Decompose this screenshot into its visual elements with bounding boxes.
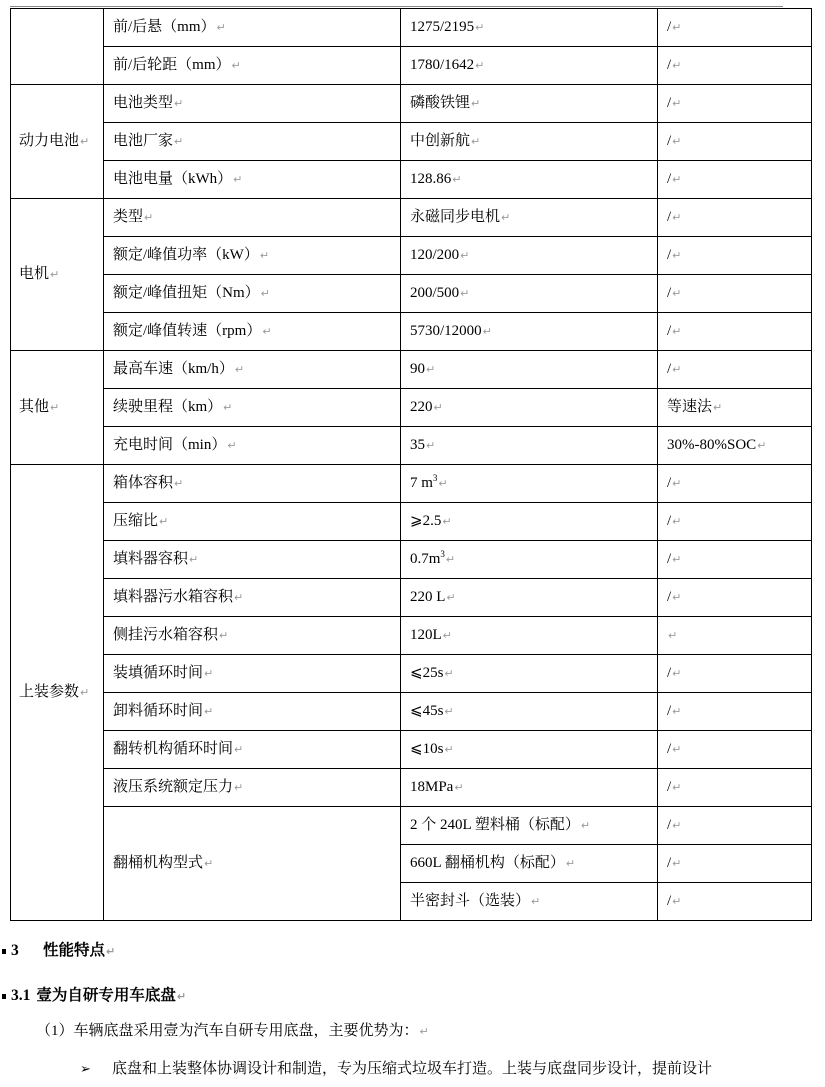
note-cell: /↵ bbox=[658, 275, 812, 313]
return-mark-icon: ↵ bbox=[672, 135, 681, 148]
value-cell: 90↵ bbox=[401, 351, 658, 389]
return-mark-icon: ↵ bbox=[434, 401, 443, 414]
return-mark-icon: ↵ bbox=[233, 173, 242, 186]
return-mark-icon: ↵ bbox=[235, 363, 244, 376]
value-cell-text: 120L bbox=[410, 627, 442, 643]
param-cell-text: 装填循环时间 bbox=[113, 665, 203, 681]
heading-number: 3.1 bbox=[11, 987, 30, 1004]
return-mark-icon: ↵ bbox=[442, 515, 451, 528]
return-mark-icon: ↵ bbox=[446, 591, 455, 604]
note-cell: /↵ bbox=[658, 503, 812, 541]
value-cell: 磷酸铁锂↵ bbox=[401, 85, 658, 123]
return-mark-icon: ↵ bbox=[471, 135, 480, 148]
return-mark-icon: ↵ bbox=[672, 553, 681, 566]
note-cell: /↵ bbox=[658, 47, 812, 85]
return-mark-icon: ↵ bbox=[452, 173, 461, 186]
table-row: 续驶里程（km）↵220↵等速法↵ bbox=[11, 389, 812, 427]
return-mark-icon: ↵ bbox=[672, 287, 681, 300]
param-cell: 侧挂污水箱容积↵ bbox=[104, 617, 401, 655]
note-cell-text: / bbox=[667, 285, 671, 301]
return-mark-icon: ↵ bbox=[234, 591, 243, 604]
return-mark-icon: ↵ bbox=[757, 439, 766, 452]
return-mark-icon: ↵ bbox=[227, 439, 236, 452]
param-cell-text: 箱体容积 bbox=[113, 475, 173, 491]
return-mark-icon: ↵ bbox=[50, 401, 59, 414]
note-cell: /↵ bbox=[658, 655, 812, 693]
value-cell: 7 m3↵ bbox=[401, 465, 658, 503]
group-label-cell: 其他↵ bbox=[11, 351, 104, 465]
note-cell: /↵ bbox=[658, 199, 812, 237]
group-label: 其他 bbox=[19, 399, 49, 415]
param-cell-text: 卸料循环时间 bbox=[113, 703, 203, 719]
param-cell: 额定/峰值功率（kW）↵ bbox=[104, 237, 401, 275]
value-cell: 18MPa↵ bbox=[401, 769, 658, 807]
value-cell: 660L 翻桶机构（标配）↵ bbox=[401, 845, 658, 883]
return-mark-icon: ↵ bbox=[262, 325, 271, 338]
return-mark-icon: ↵ bbox=[80, 686, 89, 699]
return-mark-icon: ↵ bbox=[581, 819, 590, 832]
value-cell-text: 1780/1642 bbox=[410, 57, 474, 73]
section-heading-3: 3性能特点↵ bbox=[2, 938, 115, 960]
return-mark-icon: ↵ bbox=[672, 363, 681, 376]
table-row: 前/后轮距（mm）↵1780/1642↵/↵ bbox=[11, 47, 812, 85]
param-cell-text: 额定/峰值扭矩（Nm） bbox=[113, 285, 260, 301]
note-cell: /↵ bbox=[658, 807, 812, 845]
table-row: 装填循环时间↵⩽25s↵/↵ bbox=[11, 655, 812, 693]
param-cell-text: 最高车速（km/h） bbox=[113, 361, 234, 377]
return-mark-icon: ↵ bbox=[234, 781, 243, 794]
note-cell: /↵ bbox=[658, 123, 812, 161]
heading-title: 壹为自研专用车底盘 bbox=[36, 987, 176, 1004]
return-mark-icon: ↵ bbox=[672, 743, 681, 756]
note-cell-text: / bbox=[667, 893, 671, 909]
note-cell: 等速法↵ bbox=[658, 389, 812, 427]
table-row: 额定/峰值转速（rpm）↵5730/12000↵/↵ bbox=[11, 313, 812, 351]
value-cell: 120/200↵ bbox=[401, 237, 658, 275]
table-row: 电机↵类型↵永磁同步电机↵/↵ bbox=[11, 199, 812, 237]
param-cell: 液压系统额定压力↵ bbox=[104, 769, 401, 807]
table-row: 其他↵最高车速（km/h）↵90↵/↵ bbox=[11, 351, 812, 389]
note-cell-text: / bbox=[667, 133, 671, 149]
param-cell: 压缩比↵ bbox=[104, 503, 401, 541]
table-row: 压缩比↵⩾2.5↵/↵ bbox=[11, 503, 812, 541]
note-cell-text: / bbox=[667, 741, 671, 757]
return-mark-icon: ↵ bbox=[174, 477, 183, 490]
note-cell-text: / bbox=[667, 855, 671, 871]
return-mark-icon: ↵ bbox=[80, 135, 89, 148]
param-cell: 续驶里程（km）↵ bbox=[104, 389, 401, 427]
param-cell-text: 电池类型 bbox=[113, 95, 173, 111]
return-mark-icon: ↵ bbox=[217, 21, 226, 34]
page-top-rule bbox=[10, 6, 383, 7]
value-cell-text: 90 bbox=[410, 361, 425, 377]
return-mark-icon: ↵ bbox=[471, 97, 480, 110]
value-cell: 2 个 240L 塑料桶（标配）↵ bbox=[401, 807, 658, 845]
param-cell-text: 翻桶机构型式 bbox=[113, 855, 203, 871]
value-cell-text: 5730/12000 bbox=[410, 323, 482, 339]
group-label: 动力电池 bbox=[19, 133, 79, 149]
param-cell: 最高车速（km/h）↵ bbox=[104, 351, 401, 389]
return-mark-icon: ↵ bbox=[672, 59, 681, 72]
table-row: 充电时间（min）↵35↵30%-80%SOC↵ bbox=[11, 427, 812, 465]
return-mark-icon: ↵ bbox=[444, 705, 453, 718]
value-cell-text: 120/200 bbox=[410, 247, 459, 263]
return-mark-icon: ↵ bbox=[672, 819, 681, 832]
value-cell-text: 中创新航 bbox=[410, 133, 470, 149]
table-row: 液压系统额定压力↵18MPa↵/↵ bbox=[11, 769, 812, 807]
return-mark-icon: ↵ bbox=[50, 268, 59, 281]
value-cell-text: 18MPa bbox=[410, 779, 453, 795]
return-mark-icon: ↵ bbox=[475, 21, 484, 34]
table-row: 额定/峰值功率（kW）↵120/200↵/↵ bbox=[11, 237, 812, 275]
return-mark-icon: ↵ bbox=[174, 135, 183, 148]
heading-title: 性能特点 bbox=[43, 942, 105, 959]
table-row: 翻转机构循环时间↵⩽10s↵/↵ bbox=[11, 731, 812, 769]
value-cell: 5730/12000↵ bbox=[401, 313, 658, 351]
param-cell: 额定/峰值扭矩（Nm）↵ bbox=[104, 275, 401, 313]
section-heading-3-1: 3.1壹为自研专用车底盘↵ bbox=[2, 983, 186, 1005]
value-cell-text: 220 L bbox=[410, 589, 445, 605]
value-cell: 半密封斗（选装）↵ bbox=[401, 883, 658, 921]
return-mark-icon: ↵ bbox=[483, 325, 492, 338]
return-mark-icon: ↵ bbox=[460, 249, 469, 262]
param-cell: 填料器污水箱容积↵ bbox=[104, 579, 401, 617]
paragraph-text: （1）车辆底盘采用壹为汽车自研专用底盘，主要优势为： bbox=[36, 1023, 419, 1039]
table-row: 翻桶机构型式↵2 个 240L 塑料桶（标配）↵/↵ bbox=[11, 807, 812, 845]
return-mark-icon: ↵ bbox=[566, 857, 575, 870]
param-cell: 翻桶机构型式↵ bbox=[104, 807, 401, 921]
group-label: 电机 bbox=[19, 266, 49, 282]
value-cell: 0.7m3↵ bbox=[401, 541, 658, 579]
return-mark-icon: ↵ bbox=[446, 553, 455, 566]
return-mark-icon: ↵ bbox=[444, 667, 453, 680]
param-cell-text: 填料器污水箱容积 bbox=[113, 589, 233, 605]
return-mark-icon: ↵ bbox=[189, 553, 198, 566]
arrow-bullet-icon: ➢ bbox=[80, 1062, 112, 1077]
note-cell-text: / bbox=[667, 817, 671, 833]
note-cell-text: / bbox=[667, 779, 671, 795]
page-top-rule bbox=[383, 6, 783, 7]
return-mark-icon: ↵ bbox=[672, 249, 681, 262]
note-cell: /↵ bbox=[658, 693, 812, 731]
param-cell: 箱体容积↵ bbox=[104, 465, 401, 503]
return-mark-icon: ↵ bbox=[713, 401, 722, 414]
value-cell: 128.86↵ bbox=[401, 161, 658, 199]
param-cell-text: 压缩比 bbox=[113, 513, 158, 529]
table-row: 前/后悬（mm）↵1275/2195↵/↵ bbox=[11, 9, 812, 47]
return-mark-icon: ↵ bbox=[204, 857, 213, 870]
param-cell: 类型↵ bbox=[104, 199, 401, 237]
param-cell-text: 前/后轮距（mm） bbox=[113, 57, 231, 73]
return-mark-icon: ↵ bbox=[672, 857, 681, 870]
param-cell: 前/后悬（mm）↵ bbox=[104, 9, 401, 47]
param-cell-text: 电池电量（kWh） bbox=[113, 171, 232, 187]
note-cell: /↵ bbox=[658, 237, 812, 275]
value-cell: 200/500↵ bbox=[401, 275, 658, 313]
table-row: 上装参数↵箱体容积↵7 m3↵/↵ bbox=[11, 465, 812, 503]
return-mark-icon: ↵ bbox=[531, 895, 540, 908]
note-cell-text: / bbox=[667, 95, 671, 111]
note-cell-text: / bbox=[667, 247, 671, 263]
heading-number: 3 bbox=[11, 942, 43, 960]
param-cell-text: 填料器容积 bbox=[113, 551, 188, 567]
return-mark-icon: ↵ bbox=[668, 629, 677, 642]
note-cell-text: / bbox=[667, 589, 671, 605]
note-cell: /↵ bbox=[658, 313, 812, 351]
param-cell-text: 额定/峰值功率（kW） bbox=[113, 247, 259, 263]
note-cell: /↵ bbox=[658, 883, 812, 921]
param-cell-text: 翻转机构循环时间 bbox=[113, 741, 233, 757]
table-row: 填料器污水箱容积↵220 L↵/↵ bbox=[11, 579, 812, 617]
value-cell-text: ⩽10s bbox=[410, 741, 443, 757]
value-cell: 220↵ bbox=[401, 389, 658, 427]
value-cell-text: 35 bbox=[410, 437, 425, 453]
note-cell: /↵ bbox=[658, 85, 812, 123]
note-cell-text: / bbox=[667, 551, 671, 567]
return-mark-icon: ↵ bbox=[234, 743, 243, 756]
spec-table: 前/后悬（mm）↵1275/2195↵/↵前/后轮距（mm）↵1780/1642… bbox=[10, 8, 812, 921]
return-mark-icon: ↵ bbox=[672, 173, 681, 186]
bullet-item: ➢底盘和上装整体协调设计和制造，专为压缩式垃圾车打造。上装与底盘同步设计，提前设… bbox=[80, 1057, 712, 1078]
note-cell: 30%-80%SOC↵ bbox=[658, 427, 812, 465]
value-cell-text: 2 个 240L 塑料桶（标配） bbox=[410, 817, 580, 833]
value-cell: 35↵ bbox=[401, 427, 658, 465]
table-row: 填料器容积↵0.7m3↵/↵ bbox=[11, 541, 812, 579]
param-cell: 填料器容积↵ bbox=[104, 541, 401, 579]
value-cell-text: ⩾2.5 bbox=[410, 513, 441, 529]
param-cell: 充电时间（min）↵ bbox=[104, 427, 401, 465]
table-row: 额定/峰值扭矩（Nm）↵200/500↵/↵ bbox=[11, 275, 812, 313]
value-cell-text: 660L 翻桶机构（标配） bbox=[410, 855, 565, 871]
heading-bullet-icon bbox=[2, 949, 6, 954]
return-mark-icon: ↵ bbox=[672, 477, 681, 490]
value-cell: ⩽25s↵ bbox=[401, 655, 658, 693]
return-mark-icon: ↵ bbox=[501, 211, 510, 224]
group-label-cell bbox=[11, 9, 104, 85]
note-cell: /↵ bbox=[658, 161, 812, 199]
note-cell-text: / bbox=[667, 209, 671, 225]
note-cell-text: / bbox=[667, 19, 671, 35]
value-cell-text: 磷酸铁锂 bbox=[410, 95, 470, 111]
value-cell: 永磁同步电机↵ bbox=[401, 199, 658, 237]
note-cell-text: / bbox=[667, 361, 671, 377]
return-mark-icon: ↵ bbox=[672, 705, 681, 718]
param-cell: 卸料循环时间↵ bbox=[104, 693, 401, 731]
note-cell-text: / bbox=[667, 703, 671, 719]
note-cell: /↵ bbox=[658, 769, 812, 807]
value-cell: ⩽10s↵ bbox=[401, 731, 658, 769]
bullet-text: 底盘和上装整体协调设计和制造，专为压缩式垃圾车打造。上装与底盘同步设计，提前设计 bbox=[112, 1061, 712, 1077]
note-cell-text: 等速法 bbox=[667, 399, 712, 415]
table-row: 电池电量（kWh）↵128.86↵/↵ bbox=[11, 161, 812, 199]
note-cell-text: 30%-80%SOC bbox=[667, 437, 756, 453]
note-cell-text: / bbox=[667, 57, 671, 73]
return-mark-icon: ↵ bbox=[232, 59, 241, 72]
return-mark-icon: ↵ bbox=[144, 211, 153, 224]
return-mark-icon: ↵ bbox=[174, 97, 183, 110]
superscript: 3 bbox=[433, 473, 438, 483]
value-cell-text: 永磁同步电机 bbox=[410, 209, 500, 225]
return-mark-icon: ↵ bbox=[672, 781, 681, 794]
param-cell-text: 额定/峰值转速（rpm） bbox=[113, 323, 261, 339]
return-mark-icon: ↵ bbox=[475, 59, 484, 72]
table-row: 电池厂家↵中创新航↵/↵ bbox=[11, 123, 812, 161]
value-cell-text: ⩽25s bbox=[410, 665, 443, 681]
param-cell-text: 类型 bbox=[113, 209, 143, 225]
return-mark-icon: ↵ bbox=[420, 1025, 429, 1038]
value-cell-text: 0.7m bbox=[410, 551, 440, 567]
return-mark-icon: ↵ bbox=[426, 439, 435, 452]
value-cell: 120L↵ bbox=[401, 617, 658, 655]
return-mark-icon: ↵ bbox=[204, 705, 213, 718]
value-cell: 220 L↵ bbox=[401, 579, 658, 617]
value-cell: 1780/1642↵ bbox=[401, 47, 658, 85]
note-cell-text: / bbox=[667, 171, 671, 187]
return-mark-icon: ↵ bbox=[672, 591, 681, 604]
param-cell-text: 电池厂家 bbox=[113, 133, 173, 149]
note-cell-text: / bbox=[667, 475, 671, 491]
param-cell-text: 液压系统额定压力 bbox=[113, 779, 233, 795]
return-mark-icon: ↵ bbox=[672, 21, 681, 34]
param-cell: 装填循环时间↵ bbox=[104, 655, 401, 693]
return-mark-icon: ↵ bbox=[159, 515, 168, 528]
note-cell: /↵ bbox=[658, 465, 812, 503]
return-mark-icon: ↵ bbox=[460, 287, 469, 300]
return-mark-icon: ↵ bbox=[443, 629, 452, 642]
note-cell: /↵ bbox=[658, 351, 812, 389]
note-cell: ↵ bbox=[658, 617, 812, 655]
param-cell: 电池电量（kWh）↵ bbox=[104, 161, 401, 199]
value-cell-text: 128.86 bbox=[410, 171, 451, 187]
group-label-cell: 上装参数↵ bbox=[11, 465, 104, 921]
note-cell-text: / bbox=[667, 323, 671, 339]
note-cell: /↵ bbox=[658, 9, 812, 47]
value-cell: ⩽45s↵ bbox=[401, 693, 658, 731]
note-cell: /↵ bbox=[658, 579, 812, 617]
return-mark-icon: ↵ bbox=[204, 667, 213, 680]
param-cell: 电池厂家↵ bbox=[104, 123, 401, 161]
return-mark-icon: ↵ bbox=[672, 515, 681, 528]
group-label-cell: 动力电池↵ bbox=[11, 85, 104, 199]
note-cell: /↵ bbox=[658, 541, 812, 579]
heading-bullet-icon bbox=[2, 994, 6, 999]
return-mark-icon: ↵ bbox=[426, 363, 435, 376]
group-label: 上装参数 bbox=[19, 684, 79, 700]
param-cell: 前/后轮距（mm）↵ bbox=[104, 47, 401, 85]
table-row: 侧挂污水箱容积↵120L↵↵ bbox=[11, 617, 812, 655]
value-cell: 中创新航↵ bbox=[401, 123, 658, 161]
param-cell-text: 充电时间（min） bbox=[113, 437, 226, 453]
superscript: 3 bbox=[440, 549, 445, 559]
return-mark-icon: ↵ bbox=[438, 477, 447, 490]
note-cell: /↵ bbox=[658, 845, 812, 883]
return-mark-icon: ↵ bbox=[672, 97, 681, 110]
return-mark-icon: ↵ bbox=[261, 287, 270, 300]
return-mark-icon: ↵ bbox=[223, 401, 232, 414]
note-cell: /↵ bbox=[658, 731, 812, 769]
note-cell-text: / bbox=[667, 665, 671, 681]
return-mark-icon: ↵ bbox=[177, 990, 186, 1003]
value-cell: ⩾2.5↵ bbox=[401, 503, 658, 541]
table-row: 卸料循环时间↵⩽45s↵/↵ bbox=[11, 693, 812, 731]
param-cell-text: 前/后悬（mm） bbox=[113, 19, 216, 35]
return-mark-icon: ↵ bbox=[444, 743, 453, 756]
return-mark-icon: ↵ bbox=[672, 211, 681, 224]
return-mark-icon: ↵ bbox=[672, 325, 681, 338]
param-cell: 额定/峰值转速（rpm）↵ bbox=[104, 313, 401, 351]
return-mark-icon: ↵ bbox=[454, 781, 463, 794]
value-cell: 1275/2195↵ bbox=[401, 9, 658, 47]
return-mark-icon: ↵ bbox=[219, 629, 228, 642]
param-cell-text: 续驶里程（km） bbox=[113, 399, 222, 415]
value-cell-text: 220 bbox=[410, 399, 433, 415]
value-cell-text: 半密封斗（选装） bbox=[410, 893, 530, 909]
value-cell-text: 200/500 bbox=[410, 285, 459, 301]
param-cell: 电池类型↵ bbox=[104, 85, 401, 123]
table-row: 动力电池↵电池类型↵磷酸铁锂↵/↵ bbox=[11, 85, 812, 123]
param-cell-text: 侧挂污水箱容积 bbox=[113, 627, 218, 643]
note-cell-text: / bbox=[667, 513, 671, 529]
group-label-cell: 电机↵ bbox=[11, 199, 104, 351]
return-mark-icon: ↵ bbox=[260, 249, 269, 262]
value-cell-text: 7 m bbox=[410, 475, 433, 491]
param-cell: 翻转机构循环时间↵ bbox=[104, 731, 401, 769]
return-mark-icon: ↵ bbox=[106, 945, 115, 958]
paragraph-chassis-intro: （1）车辆底盘采用壹为汽车自研专用底盘，主要优势为：↵ bbox=[36, 1019, 429, 1040]
return-mark-icon: ↵ bbox=[672, 895, 681, 908]
value-cell-text: 1275/2195 bbox=[410, 19, 474, 35]
value-cell-text: ⩽45s bbox=[410, 703, 443, 719]
return-mark-icon: ↵ bbox=[672, 667, 681, 680]
